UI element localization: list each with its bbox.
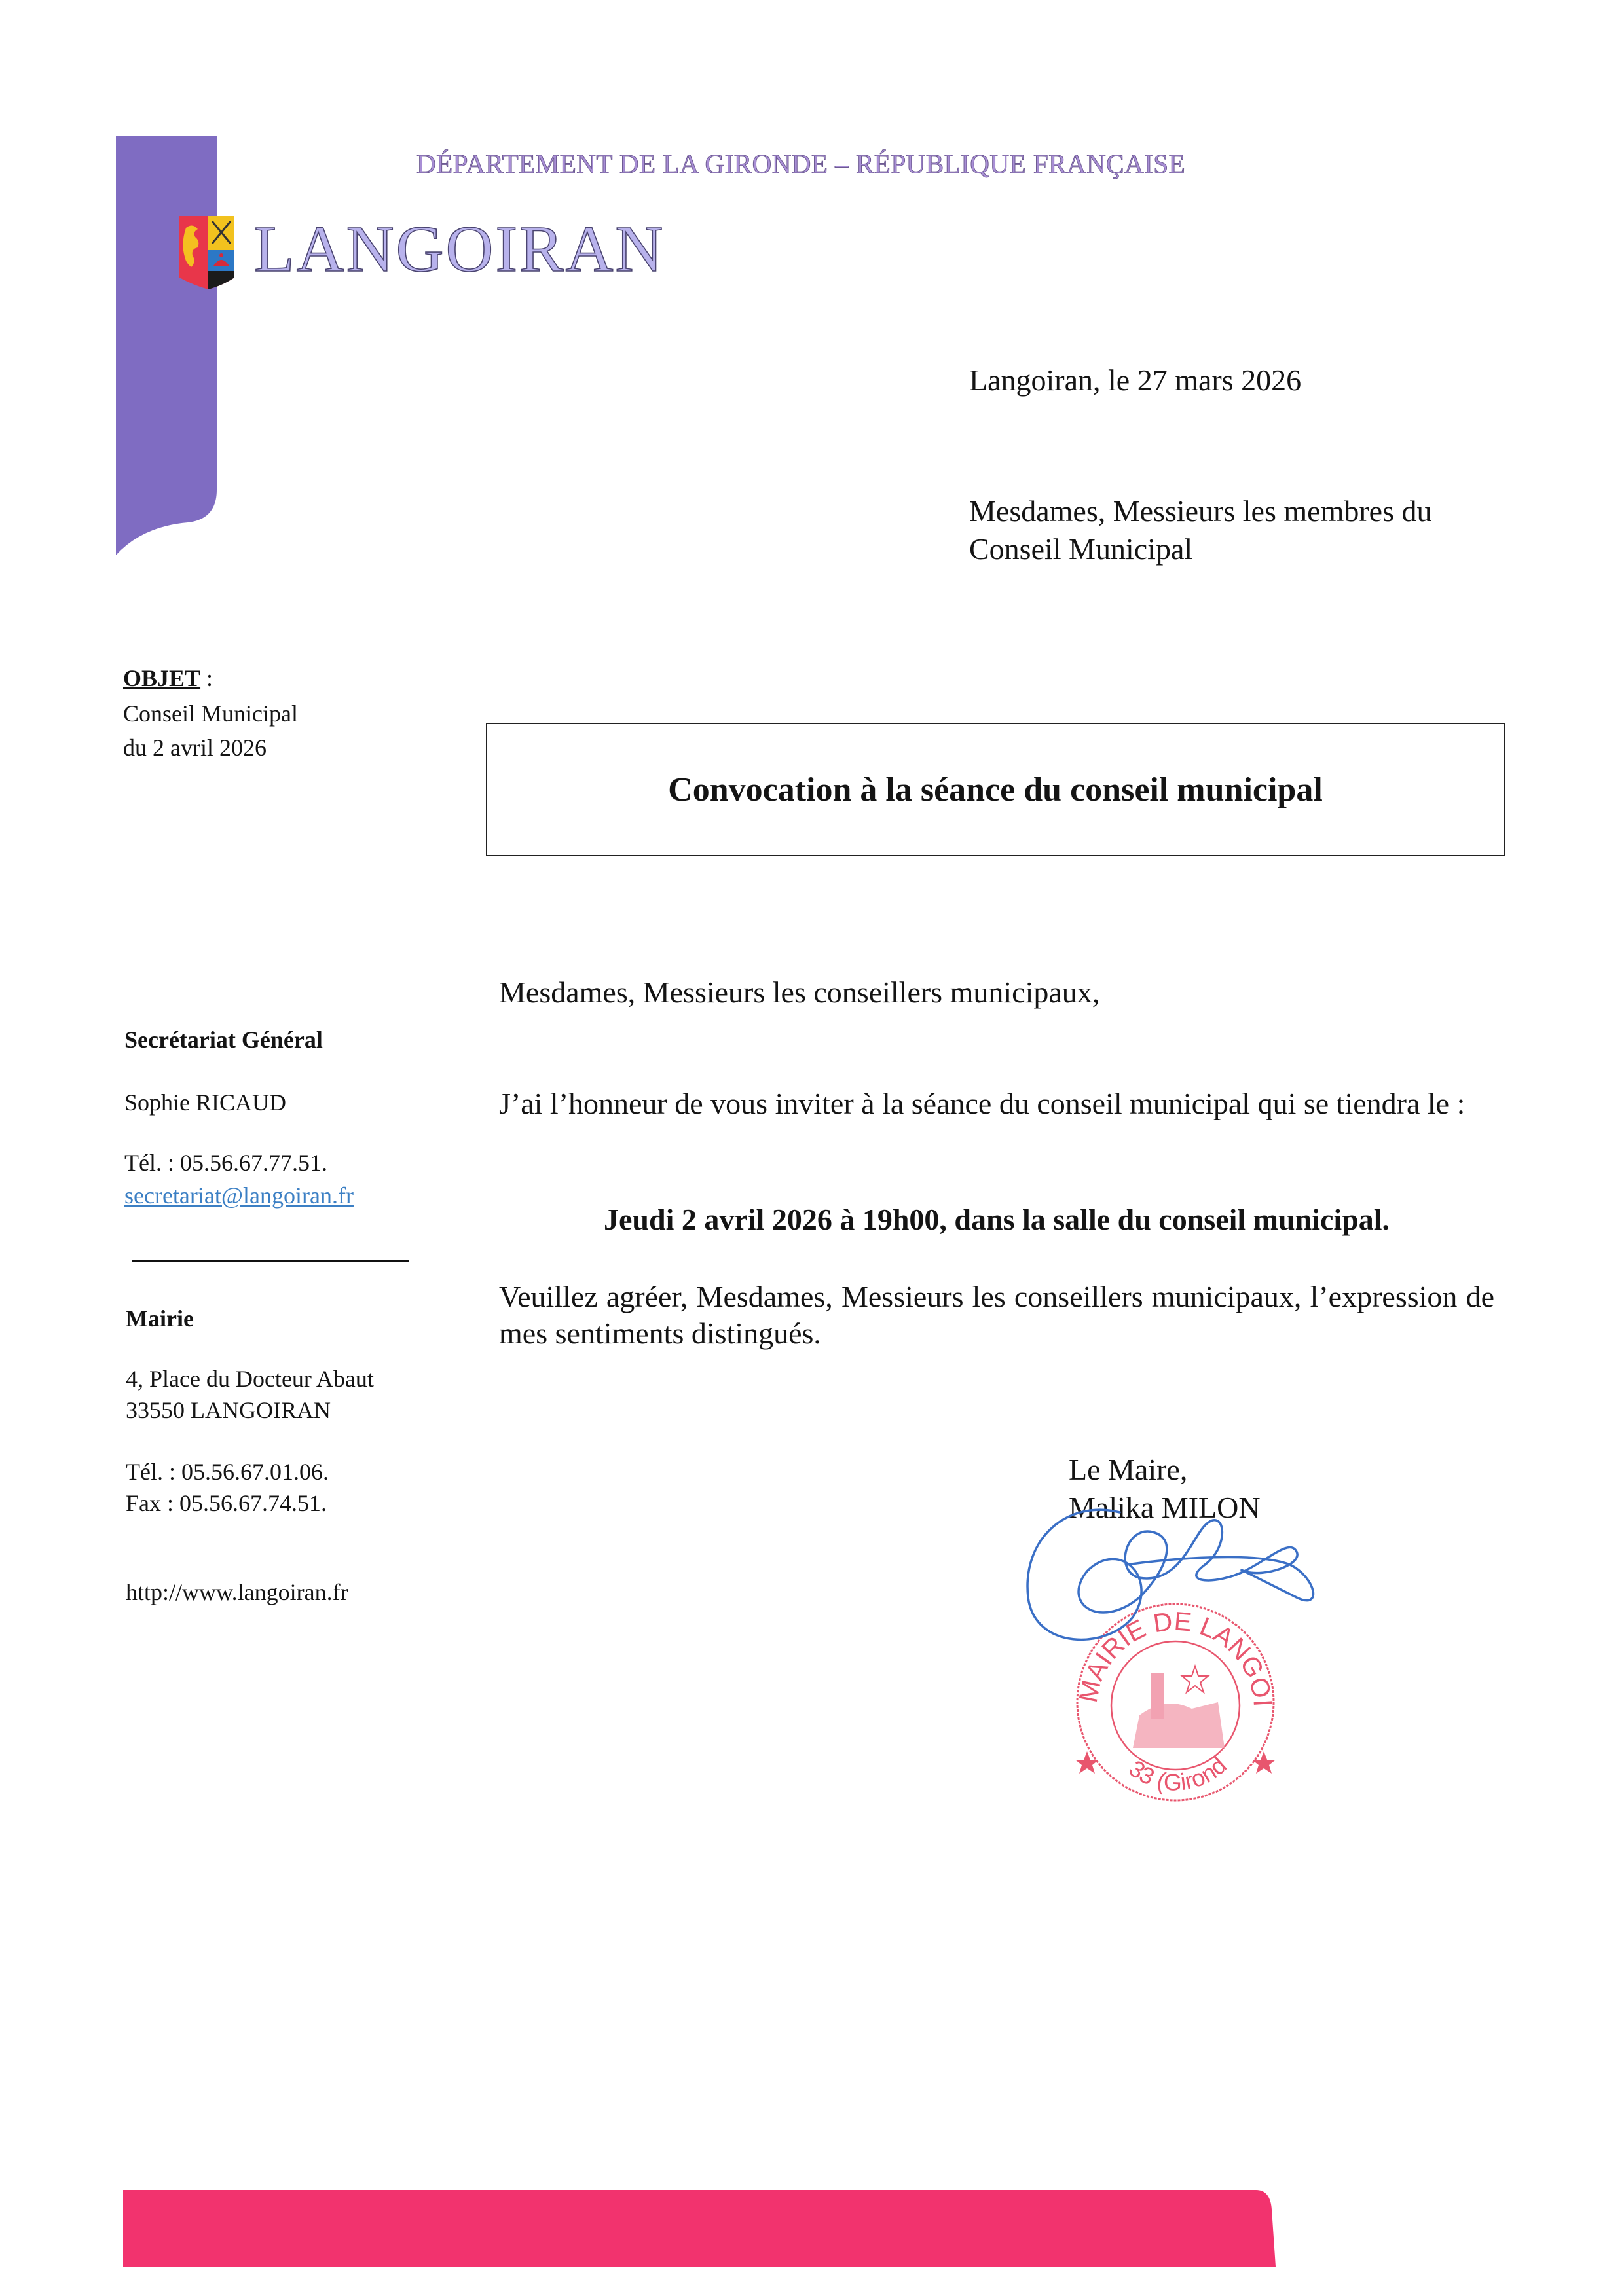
- objet-line-2: du 2 avril 2026: [123, 736, 267, 759]
- invitation-paragraph: J’ai l’honneur de vous inviter à la séan…: [499, 1085, 1494, 1122]
- date-line: Langoiran, le 27 mars 2026: [969, 365, 1301, 395]
- closing-text: Veuillez agréer, Mesdames, Messieurs les…: [499, 1279, 1494, 1352]
- salutation: Mesdames, Messieurs les conseillers muni…: [499, 974, 1494, 1011]
- address-line-2: 33550 LANGOIRAN: [126, 1398, 331, 1422]
- secretariat-phone: Tél. : 05.56.67.77.51.: [124, 1151, 327, 1175]
- closing-paragraph: Veuillez agréer, Mesdames, Messieurs les…: [499, 1279, 1494, 1352]
- salutation-text: Mesdames, Messieurs les conseillers muni…: [499, 974, 1494, 1011]
- mairie-phone: Tél. : 05.56.67.01.06.: [126, 1460, 329, 1484]
- sidebar-divider: [132, 1260, 409, 1262]
- secretariat-name: Sophie RICAUD: [124, 1091, 286, 1114]
- meeting-text: Jeudi 2 avril 2026 à 19h00, dans la sall…: [499, 1202, 1494, 1237]
- town-name-logo: LANGOIRAN: [254, 216, 665, 282]
- address-line-1: 4, Place du Docteur Abaut: [126, 1367, 374, 1391]
- letterhead-purple-bar: [116, 136, 217, 555]
- footer-pink-bar: [123, 2190, 1276, 2267]
- recipients-line-1: Mesdames, Messieurs les membres du: [969, 496, 1432, 526]
- meeting-details: Jeudi 2 avril 2026 à 19h00, dans la sall…: [499, 1202, 1494, 1237]
- handwritten-signature-icon: [1008, 1499, 1349, 1669]
- coat-of-arms-icon: [177, 215, 237, 291]
- recipients-line-2: Conseil Municipal: [969, 534, 1192, 564]
- mairie-fax: Fax : 05.56.67.74.51.: [126, 1491, 327, 1515]
- objet-line-1: Conseil Municipal: [123, 702, 298, 725]
- objet-label: OBJET: [123, 665, 200, 691]
- subject-title: Convocation à la séance du conseil munic…: [668, 771, 1323, 809]
- invitation-text: J’ai l’honneur de vous inviter à la séan…: [499, 1085, 1494, 1122]
- secretariat-title: Secrétariat Général: [124, 1028, 323, 1051]
- subject-box: Convocation à la séance du conseil munic…: [486, 723, 1505, 856]
- mairie-title: Mairie: [126, 1307, 194, 1330]
- secretariat-email-link[interactable]: secretariat@langoiran.fr: [124, 1184, 354, 1207]
- department-header: DÉPARTEMENT DE LA GIRONDE – RÉPUBLIQUE F…: [416, 148, 1185, 179]
- signatory-title: Le Maire,: [1069, 1455, 1187, 1485]
- objet-colon: :: [200, 665, 213, 691]
- objet-heading: OBJET :: [123, 666, 213, 690]
- website-link[interactable]: http://www.langoiran.fr: [126, 1580, 348, 1604]
